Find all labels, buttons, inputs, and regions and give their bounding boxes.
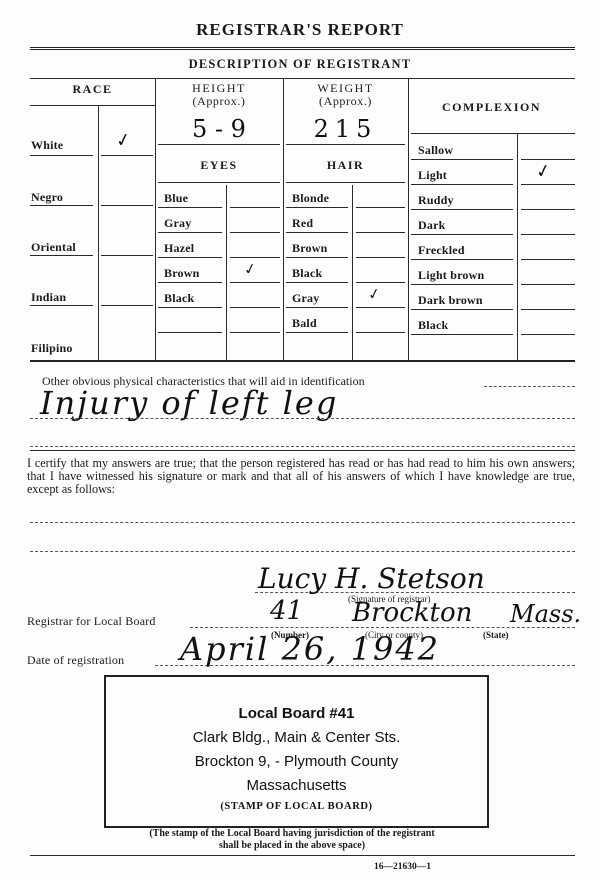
hair-label-red: Red	[292, 216, 313, 231]
race-rule	[30, 155, 93, 156]
complexion-label-freckled: Freckled	[418, 243, 465, 258]
race-oriental-box[interactable]	[101, 255, 153, 256]
complexion-rule	[411, 259, 513, 260]
height-approx: (Approx.)	[155, 95, 283, 108]
hair-gray-box[interactable]	[356, 307, 405, 308]
hair-label-bald: Bald	[292, 316, 317, 331]
complexion-light-box[interactable]	[521, 184, 575, 185]
complexion-rule	[411, 209, 513, 210]
race-negro-box[interactable]	[101, 205, 153, 206]
weight-value[interactable]: 215	[283, 115, 408, 143]
eyes-rule	[230, 332, 280, 333]
complexion-rule	[411, 309, 513, 310]
height-value[interactable]: 5 - 9	[155, 115, 283, 143]
registrar-signature[interactable]: Lucy H. Stetson	[258, 562, 485, 595]
col-divider-weight-complexion	[408, 78, 409, 360]
height-rule	[158, 144, 280, 145]
hair-rule	[286, 257, 348, 258]
hair-brown-box[interactable]	[356, 257, 405, 258]
race-label-indian: Indian	[31, 290, 66, 305]
local-board-label: Registrar for Local Board	[27, 614, 156, 629]
weight-approx: (Approx.)	[283, 95, 408, 108]
board-number[interactable]: 41	[270, 596, 303, 626]
hair-rule	[286, 332, 348, 333]
eyes-blue-box[interactable]	[230, 207, 280, 208]
race-header-rule	[30, 105, 155, 106]
hair-bald-box[interactable]	[356, 332, 405, 333]
board-state[interactable]: Mass.	[510, 600, 581, 628]
complexion-label-light-brown: Light brown	[418, 268, 484, 283]
complexion-dark-brown-box[interactable]	[521, 309, 575, 310]
race-rule	[30, 305, 93, 306]
physical-line-1	[30, 418, 575, 419]
complexion-rule	[411, 159, 513, 160]
eyes-label-gray: Gray	[164, 216, 191, 231]
footer-rule	[30, 855, 575, 856]
complexion-rule	[411, 184, 513, 185]
race-white-check-icon[interactable]: ✓	[114, 129, 133, 153]
date-label: Date of registration	[27, 653, 124, 668]
hair-red-box[interactable]	[356, 232, 405, 233]
col-divider-hair-inner	[352, 185, 353, 360]
hair-rule	[286, 207, 348, 208]
complexion-rule	[411, 284, 513, 285]
eyes-label-hazel: Hazel	[164, 241, 194, 256]
hair-header-rule	[286, 182, 405, 183]
race-rule	[30, 205, 93, 206]
hair-label-black: Black	[292, 266, 322, 281]
exceptions-line-2	[30, 551, 575, 552]
stamp-line-3: Brockton 9, - Plymouth County	[106, 753, 487, 770]
stamp-line-4: Massachusetts	[106, 777, 487, 794]
race-label-white: White	[31, 138, 63, 153]
hair-rule	[286, 282, 348, 283]
board-city[interactable]: Brockton	[352, 598, 472, 628]
table-top-rule	[30, 78, 575, 79]
local-board-stamp: Local Board #41 Clark Bldg., Main & Cent…	[104, 675, 489, 828]
form-number: 16—21630—1	[374, 862, 431, 872]
eyes-label-brown: Brown	[164, 266, 199, 281]
complexion-ruddy-box[interactable]	[521, 209, 575, 210]
complexion-label-dark: Dark	[418, 218, 445, 233]
eyes-rule	[158, 207, 222, 208]
complexion-header: COMPLEXION	[408, 100, 575, 115]
race-label-filipino: Filipino	[31, 341, 73, 356]
race-indian-box[interactable]	[101, 305, 153, 306]
race-box-rule	[101, 155, 153, 156]
race-label-oriental: Oriental	[31, 240, 76, 255]
caption-state: (State)	[483, 630, 509, 640]
eyes-rule	[158, 332, 222, 333]
form-title: REGISTRAR'S REPORT	[0, 20, 600, 40]
eyes-brown-check-icon[interactable]: ✓	[242, 259, 258, 279]
eyes-brown-box[interactable]	[230, 282, 280, 283]
race-rule	[30, 255, 93, 256]
complexion-label-ruddy: Ruddy	[418, 193, 454, 208]
complexion-rule	[411, 334, 513, 335]
complexion-light-check-icon[interactable]: ✓	[534, 160, 553, 184]
complexion-label-black: Black	[418, 318, 448, 333]
hair-black-box[interactable]	[356, 282, 405, 283]
section-subtitle: DESCRIPTION OF REGISTRANT	[0, 57, 600, 72]
certification-text: I certify that my answers are true; that…	[27, 457, 575, 496]
complexion-black-box[interactable]	[521, 334, 575, 335]
col-divider-race-inner	[98, 106, 99, 360]
complexion-light-brown-box[interactable]	[521, 284, 575, 285]
eyes-header: EYES	[155, 158, 283, 173]
title-rule	[30, 47, 575, 50]
eyes-rule	[158, 307, 222, 308]
hair-rule	[286, 232, 348, 233]
complexion-dark-box[interactable]	[521, 234, 575, 235]
hair-rule	[286, 307, 348, 308]
date-value[interactable]: April 26, 1942	[180, 630, 440, 668]
table-bottom-rule	[30, 360, 575, 362]
stamp-note-line-2: shall be placed in the above space)	[0, 840, 592, 851]
complexion-header-rule	[411, 133, 575, 134]
physical-line-2	[30, 446, 575, 447]
eyes-rule	[158, 257, 222, 258]
hair-blonde-box[interactable]	[356, 207, 405, 208]
col-divider-eyes-inner	[226, 185, 227, 360]
stamp-line-1: Local Board #41	[106, 705, 487, 722]
eyes-header-rule	[158, 182, 280, 183]
weight-rule	[286, 144, 405, 145]
hair-label-blonde: Blonde	[292, 191, 329, 206]
complexion-rule	[411, 234, 513, 235]
stamp-line-2: Clark Bldg., Main & Center Sts.	[106, 729, 487, 746]
eyes-rule	[158, 282, 222, 283]
hair-label-brown: Brown	[292, 241, 327, 256]
complexion-freckled-box[interactable]	[521, 259, 575, 260]
complexion-label-dark-brown: Dark brown	[418, 293, 483, 308]
eyes-rule	[158, 232, 222, 233]
col-divider-complexion-inner	[517, 133, 518, 360]
eyes-gray-box[interactable]	[230, 232, 280, 233]
eyes-black-box[interactable]	[230, 307, 280, 308]
physical-characteristics-value[interactable]: Injury of left leg	[40, 384, 338, 422]
exceptions-line-1	[30, 522, 575, 523]
eyes-hazel-box[interactable]	[230, 257, 280, 258]
eyes-label-blue: Blue	[164, 191, 188, 206]
race-header: RACE	[30, 82, 155, 97]
hair-gray-check-icon[interactable]: ✓	[366, 284, 382, 304]
stamp-caption: (STAMP OF LOCAL BOARD)	[106, 801, 487, 812]
complexion-label-light: Light	[418, 168, 447, 183]
hair-label-gray: Gray	[292, 291, 319, 306]
complexion-label-sallow: Sallow	[418, 143, 453, 158]
race-label-negro: Negro	[31, 190, 63, 205]
eyes-label-black: Black	[164, 291, 194, 306]
stamp-note-line-1: (The stamp of the Local Board having jur…	[0, 828, 592, 839]
hair-header: HAIR	[283, 158, 408, 173]
section-rule	[30, 450, 575, 451]
physical-label-dots	[484, 386, 575, 387]
